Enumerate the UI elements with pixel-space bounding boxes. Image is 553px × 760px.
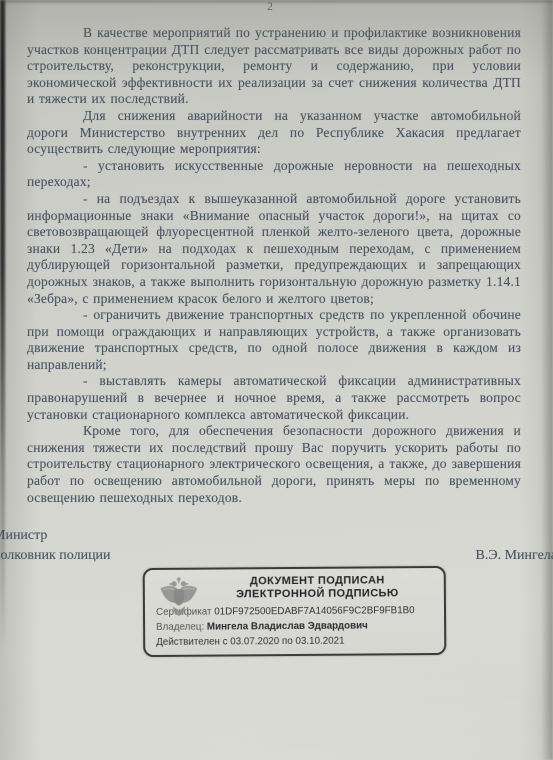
owner-name: Мингела Владислав Эдвардович [207,621,368,633]
page-number: 2 [0,1,540,13]
body-paragraph: - ограничить движение транспортных средс… [27,307,521,373]
stamp-title-line2: ЭЛЕКТРОННОЙ ПОДПИСЬЮ [197,587,438,602]
validity-row: Действителен с 03.07.2020 по 03.10.2021 [156,635,434,648]
body-paragraph: - выставлять камеры автоматической фикса… [27,373,521,423]
validity-text: Действителен с 03.07.2020 по 03.10.2021 [156,636,344,648]
scanned-document-page: 2 В качестве мероприятий по устранению и… [0,0,553,760]
signatory-name: В.Э. Мингела [476,546,553,566]
certificate-number: 01DF972500EDABF7A14056F9C2BF9FB1B0 [214,605,414,617]
body-paragraph: Для снижения аварийности на указанном уч… [27,108,521,158]
owner-label: Владелец: [156,622,204,633]
mvd-double-headed-eagle-icon [158,576,200,618]
letter-body: В качестве мероприятий по устранению и п… [0,25,553,506]
signatory-position: Министр полковник полиции [0,526,111,566]
electronic-signature-stamp: ДОКУМЕНТ ПОДПИСАН ЭЛЕКТРОННОЙ ПОДПИСЬЮ С… [143,566,447,657]
signatory-position-line1: Министр [0,526,111,546]
signatory-position-line2: полковник полиции [0,546,111,566]
owner-row: Владелец: Мингела Владислав Эдвардович [156,620,434,633]
stamp-title: ДОКУМЕНТ ПОДПИСАН ЭЛЕКТРОННОЙ ПОДПИСЬЮ [197,574,438,602]
body-paragraph: В качестве мероприятий по устранению и п… [27,25,521,108]
body-paragraph: - на подъездах к вышеуказанной автомобил… [27,191,521,307]
body-paragraph: Кроме того, для обеспечения безопасности… [27,423,521,506]
body-paragraph: - установить искусственные дорожные неро… [27,158,521,191]
signature-block: Министр полковник полиции В.Э. Мингела [0,526,553,566]
